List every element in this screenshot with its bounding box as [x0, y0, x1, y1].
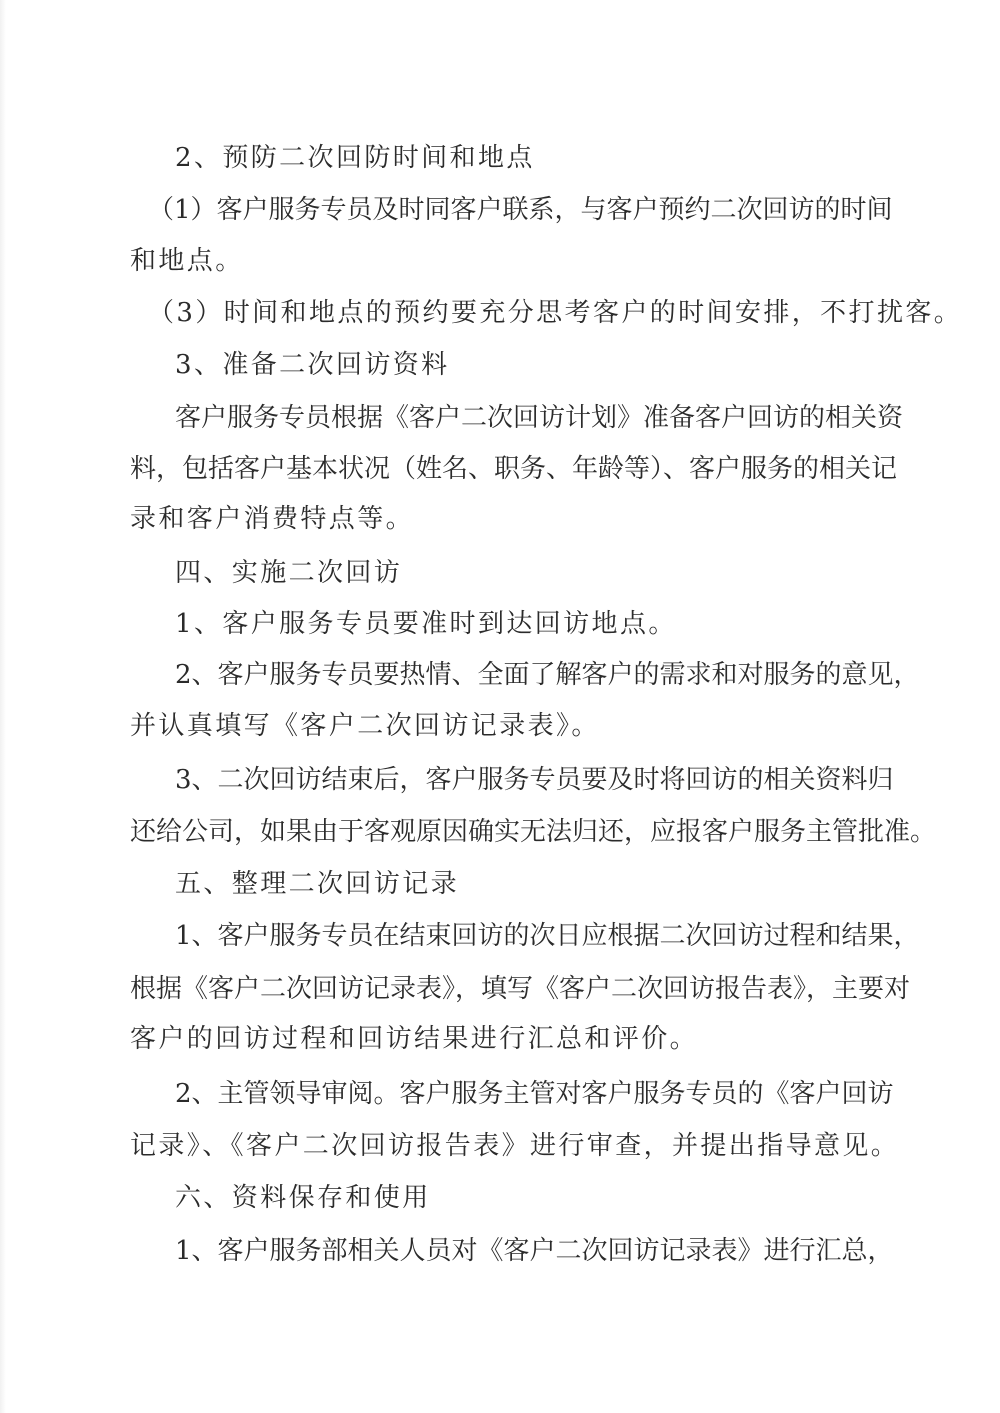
paragraph-line: 料，包括客户基本状况（姓名、职务、年龄等）、客户服务的相关记 — [130, 451, 882, 487]
section-heading-implement-revisit: 四、实施二次回访 — [175, 555, 935, 591]
paragraph-line: （1）客户服务专员及时同客户联系，与客户预约二次回访的时间 — [148, 192, 882, 228]
subheading-schedule-revisit: 2、预防二次回防时间和地点 — [175, 140, 935, 176]
paragraph-line: 和地点。 — [130, 243, 890, 279]
paragraph-line: 3、二次回访结束后，客户服务专员要及时将回访的相关资料归 — [175, 762, 882, 798]
paragraph-line: 客户的回访过程和回访结果进行汇总和评价。 — [130, 1021, 890, 1057]
section-heading-storage-and-use: 六、资料保存和使用 — [175, 1180, 935, 1216]
paragraph-line: 2、主管领导审阅。客户服务主管对客户服务专员的《客户回访 — [175, 1076, 882, 1112]
paragraph-line: 还给公司，如果由于客观原因确实无法归还，应报客户服务主管批准。 — [130, 814, 882, 850]
paragraph-line: 1、客户服务专员在结束回访的次日应根据二次回访过程和结果， — [175, 918, 882, 954]
paragraph-line: 1、客户服务专员要准时到达回访地点。 — [175, 606, 935, 642]
paragraph-line: 根据《客户二次回访记录表》，填写《客户二次回访报告表》，主要对 — [130, 971, 882, 1007]
section-heading-organize-records: 五、整理二次回访记录 — [175, 866, 935, 902]
subheading-prepare-materials: 3、准备二次回访资料 — [175, 347, 935, 383]
paragraph-line: 录和客户消费特点等。 — [130, 501, 890, 537]
paragraph-line: 1、客户服务部相关人员对《客户二次回访记录表》进行汇总， — [175, 1233, 882, 1269]
document-page: 2、预防二次回防时间和地点 （1）客户服务专员及时同客户联系，与客户预约二次回访… — [0, 0, 1000, 1413]
paragraph-line: 并认真填写《客户二次回访记录表》。 — [130, 708, 890, 744]
paragraph-line: 客户服务专员根据《客户二次回访计划》准备客户回访的相关资 — [175, 400, 882, 436]
paragraph-line: 2、客户服务专员要热情、全面了解客户的需求和对服务的意见， — [175, 657, 882, 693]
paragraph-line: （3）时间和地点的预约要充分思考客户的时间安排，不打扰客。 — [148, 295, 908, 331]
paragraph-line: 记录》、《客户二次回访报告表》进行审查，并提出指导意见。 — [130, 1128, 890, 1164]
scan-edge-shadow — [0, 0, 6, 1413]
